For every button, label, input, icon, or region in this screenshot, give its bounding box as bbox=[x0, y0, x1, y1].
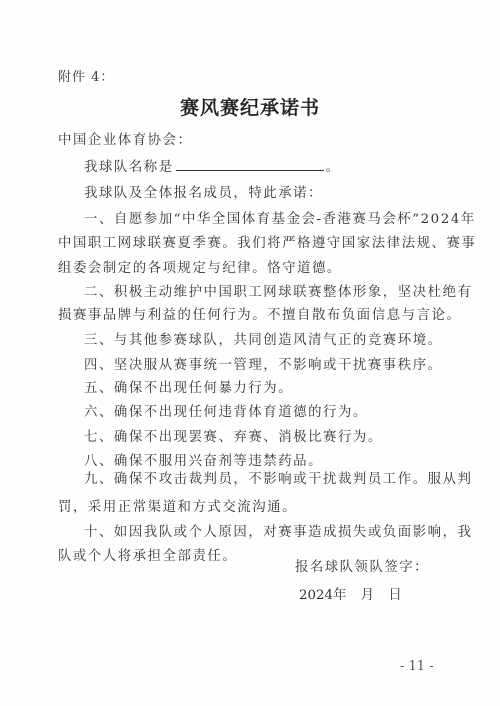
document-page: 附件 4： 赛风赛纪承诺书 中国企业体育协会： 我球队名称是。 我球队及全体报名… bbox=[0, 0, 500, 706]
team-name-blank bbox=[176, 158, 324, 171]
pledge-line: 三、与其他参赛球队，共同创造风清气正的竞赛环境。 bbox=[84, 329, 443, 348]
team-name-line: 我球队名称是。 bbox=[84, 156, 341, 175]
page-number: - 11 - bbox=[400, 659, 434, 674]
pledge-line: 十、如因我队或个人原因，对赛事造成损失或负面影响，我 bbox=[84, 521, 472, 540]
pledge-line: 罚，采用正常渠道和方式交流沟通。 bbox=[58, 496, 297, 515]
pledge-line: 八、确保不服用兴奋剂等违禁药品。 bbox=[84, 450, 323, 469]
pledge-line: 二、积极主动维护中国职工网球联赛整体形象，坚决杜绝有 bbox=[84, 281, 472, 300]
addressee: 中国企业体育协会： bbox=[58, 129, 192, 148]
pledge-line: 六、确保不出现任何违背体育道德的行为。 bbox=[84, 401, 368, 420]
pledge-line: 四、坚决服从赛事统一管理，不影响或干扰赛事秩序。 bbox=[84, 354, 443, 373]
pledge-line: 队或个人将承担全部责任。 bbox=[58, 545, 237, 564]
team-name-prefix: 我球队名称是 bbox=[84, 160, 174, 175]
pledge-line: 七、确保不出现罢赛、弃赛、消极比赛行为。 bbox=[84, 426, 383, 445]
pledge-line: 一、自愿参加“中华全国体育基金会-香港赛马会杯”2024年 bbox=[84, 208, 476, 227]
date-line: 2024年 月 日 bbox=[299, 584, 402, 603]
team-name-suffix: 。 bbox=[326, 160, 341, 175]
signature-label: 报名球队领队签字： bbox=[295, 556, 429, 575]
intro-line: 我球队及全体报名成员，特此承诺： bbox=[84, 182, 323, 201]
pledge-line: 五、确保不出现任何暴力行为。 bbox=[84, 377, 293, 396]
attachment-label: 附件 4： bbox=[58, 66, 114, 85]
pledge-line: 中国职工网球联赛夏季赛。我们将严格遵守国家法律法规、赛事 bbox=[58, 232, 476, 251]
document-title: 赛风赛纪承诺书 bbox=[0, 93, 500, 120]
pledge-line: 损赛事品牌与利益的任何行为。不擅自散布负面信息与言论。 bbox=[58, 304, 461, 323]
pledge-line: 组委会制定的各项规定与纪律。恪守道德。 bbox=[58, 257, 342, 276]
pledge-line: 九、确保不攻击裁判员，不影响或干扰裁判员工作。服从判 bbox=[84, 468, 472, 487]
